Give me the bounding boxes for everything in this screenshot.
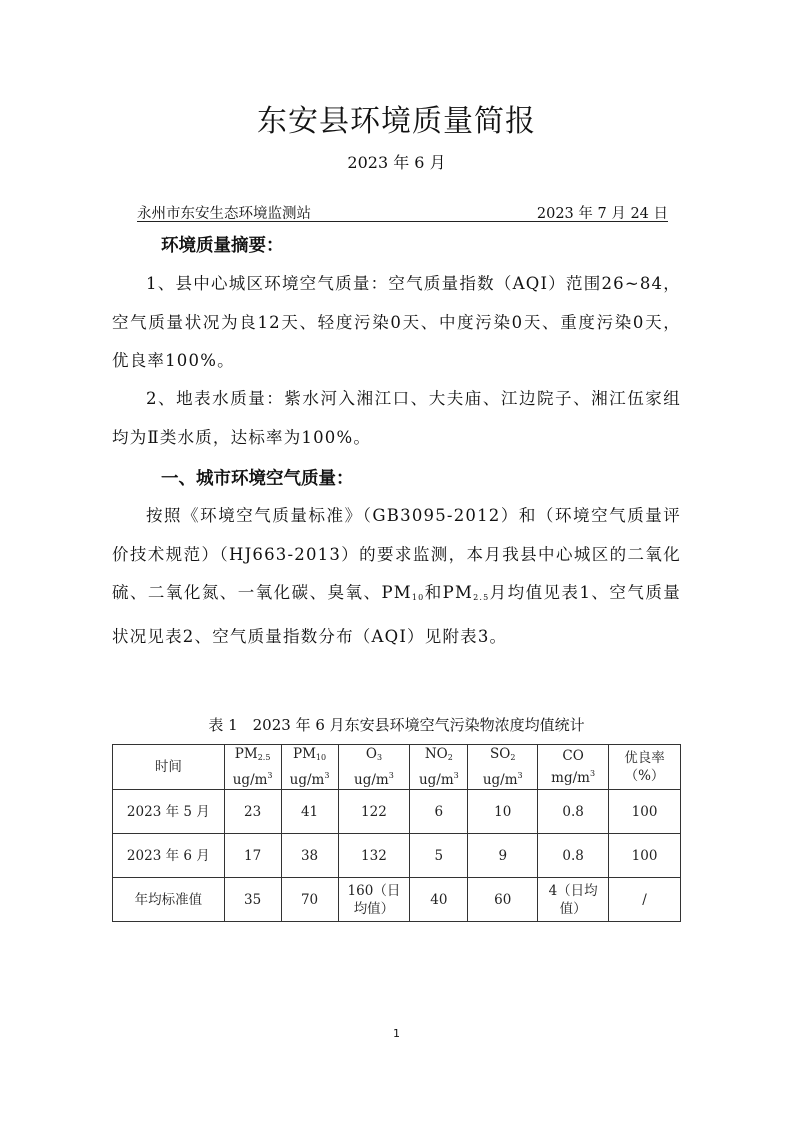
cell-so2: 9: [468, 834, 538, 878]
summary-item-water: 2、地表水质量：紫水河入湘江口、大夫庙、江边院子、湘江伍家组均为Ⅱ类水质，达标率…: [112, 380, 681, 457]
table-row: 年均标准值 35 70 160（日均值） 40 60 4（日均值） /: [113, 878, 681, 922]
cell-pm10: 70: [281, 878, 338, 922]
organization-name: 永州市东安生态环境监测站: [137, 202, 311, 223]
cell-no2: 6: [410, 790, 468, 834]
header-o3: O3ug/m3: [338, 745, 410, 790]
cell-pm10: 41: [281, 790, 338, 834]
header-so2: SO2ug/m3: [468, 745, 538, 790]
cell-pm25: 17: [224, 834, 281, 878]
table-row: 2023 年 6 月 17 38 132 5 9 0.8 100: [113, 834, 681, 878]
cell-co: 0.8: [538, 834, 609, 878]
cell-o3: 122: [338, 790, 410, 834]
header-time: 时间: [113, 745, 225, 790]
section-air-quality-paragraph: 按照《环境空气质量标准》（GB3095-2012）和（环境空气质量评价技术规范）…: [112, 497, 681, 656]
header-excellent-rate: 优良率（%）: [609, 745, 681, 790]
header-pm10: PM10ug/m3: [281, 745, 338, 790]
summary-item-air: 1、县中心城区环境空气质量：空气质量指数（AQI）范围26~84，空气质量状况为…: [112, 265, 681, 381]
cell-co: 4（日均值）: [538, 878, 609, 922]
page-number: 1: [0, 1027, 793, 1040]
cell-no2: 40: [410, 878, 468, 922]
cell-so2: 10: [468, 790, 538, 834]
table-header-row: 时间 PM2.5ug/m3 PM10ug/m3 O3ug/m3 NO2ug/m3…: [113, 745, 681, 790]
header-no2: NO2ug/m3: [410, 745, 468, 790]
para-text-b: 和PM: [424, 583, 473, 602]
header-pm25: PM2.5ug/m3: [224, 745, 281, 790]
pm10-subscript: 10: [412, 593, 425, 602]
cell-pm25: 35: [224, 878, 281, 922]
cell-excellent-rate: 100: [609, 790, 681, 834]
header-co: COmg/m3: [538, 745, 609, 790]
cell-o3: 132: [338, 834, 410, 878]
cell-excellent-rate: 100: [609, 834, 681, 878]
cell-excellent-rate: /: [609, 878, 681, 922]
section-air-quality-heading: 一、城市环境空气质量：: [161, 465, 354, 490]
cell-time: 2023 年 5 月: [113, 790, 225, 834]
cell-o3: 160（日均值）: [338, 878, 410, 922]
table-row: 2023 年 5 月 23 41 122 6 10 0.8 100: [113, 790, 681, 834]
summary-heading: 环境质量摘要：: [161, 232, 284, 257]
cell-time: 年均标准值: [113, 878, 225, 922]
pm25-subscript: 2.5: [473, 593, 489, 602]
cell-time: 2023 年 6 月: [113, 834, 225, 878]
cell-co: 0.8: [538, 790, 609, 834]
table-caption: 表 1 2023 年 6 月东安县环境空气污染物浓度均值统计: [0, 714, 793, 735]
issue-date: 2023 年 7 月 24 日: [537, 202, 668, 223]
cell-no2: 5: [410, 834, 468, 878]
cell-pm10: 38: [281, 834, 338, 878]
report-period: 2023 年 6 月: [0, 150, 793, 173]
pollutant-table: 时间 PM2.5ug/m3 PM10ug/m3 O3ug/m3 NO2ug/m3…: [112, 744, 681, 922]
document-title: 东安县环境质量简报: [0, 96, 793, 140]
issuer-line: 永州市东安生态环境监测站 2023 年 7 月 24 日: [137, 202, 668, 222]
cell-pm25: 23: [224, 790, 281, 834]
cell-so2: 60: [468, 878, 538, 922]
